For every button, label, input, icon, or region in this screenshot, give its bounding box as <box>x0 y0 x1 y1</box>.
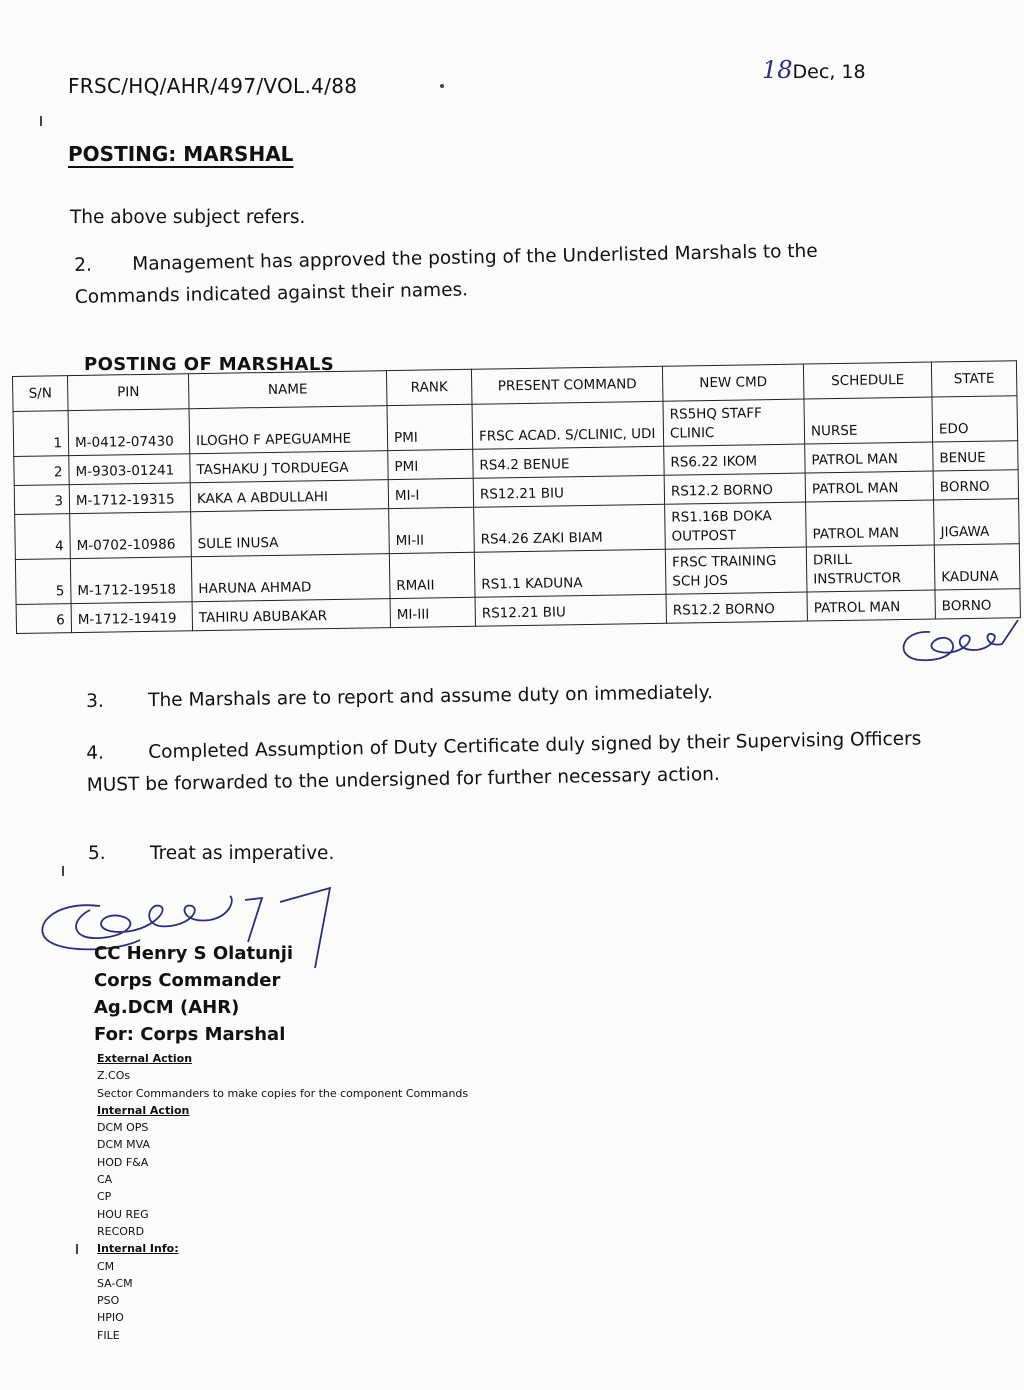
signatory-for: For: Corps Marshal <box>94 1021 293 1048</box>
list-item: CP <box>97 1188 468 1205</box>
cell-present-command: RS1.1 KADUNA <box>474 549 666 597</box>
cell-pin: M-0702-10986 <box>70 512 192 559</box>
date-month-year: Dec, 18 <box>793 61 866 83</box>
cell-name: KAKA A ABDULLAHI <box>190 480 388 512</box>
header-state: STATE <box>931 361 1017 397</box>
external-action-heading: External Action <box>97 1050 468 1067</box>
signatory-block: CC Henry S Olatunji Corps Commander Ag.D… <box>94 940 293 1048</box>
list-item: Z.COs <box>97 1067 468 1084</box>
signatory-office: Ag.DCM (AHR) <box>94 994 293 1021</box>
header-schedule: SCHEDULE <box>803 362 932 399</box>
cell-state: BENUE <box>933 441 1018 471</box>
list-item: HOU REG <box>97 1206 468 1223</box>
header-sn: S/N <box>13 376 69 412</box>
cell-rank: RMAII <box>389 552 475 598</box>
cell-name: TAHIRU ABUBAKAR <box>192 599 390 631</box>
cell-new-cmd: RS6.22 IKOM <box>664 444 805 475</box>
cell-sn: 2 <box>14 456 69 486</box>
scan-speck <box>40 116 42 126</box>
cell-sn: 6 <box>16 604 71 634</box>
cell-name: HARUNA AHMAD <box>191 554 390 602</box>
cell-state: EDO <box>932 396 1018 442</box>
signatory-name: CC Henry S Olatunji <box>94 940 293 967</box>
postings-table: S/N PIN NAME RANK PRESENT COMMAND NEW CM… <box>12 360 1021 634</box>
paragraph-3: 3.The Marshals are to report and assume … <box>86 677 713 718</box>
cell-schedule: PATROL MAN <box>805 471 933 502</box>
paragraph-4-number: 4. <box>86 737 149 770</box>
cell-present-command: RS4.26 ZAKI BIAM <box>474 504 666 552</box>
scan-speck <box>76 1244 78 1254</box>
cell-schedule: DRILL INSTRUCTOR <box>806 545 935 592</box>
cell-rank: MI-II <box>389 507 475 553</box>
cell-new-cmd: RS12.2 BORNO <box>664 473 805 504</box>
internal-info-heading: Internal Info: <box>97 1240 468 1257</box>
distribution-list: External Action Z.COs Sector Commanders … <box>97 1050 468 1344</box>
scan-speck <box>440 84 444 88</box>
cell-rank: MI-I <box>388 478 473 508</box>
paragraph-2-text: Management has approved the posting of t… <box>75 241 818 308</box>
list-item: HPIO <box>97 1309 468 1326</box>
paragraph-2-number: 2. <box>74 249 133 282</box>
header-rank: RANK <box>386 369 472 405</box>
header-new-cmd: NEW CMD <box>662 364 804 401</box>
paragraph-5-text: Treat as imperative. <box>150 843 334 864</box>
cell-pin: M-1712-19315 <box>69 483 190 514</box>
list-item: PSO <box>97 1292 468 1309</box>
cell-state: KADUNA <box>934 544 1020 590</box>
cell-rank: PMI <box>387 404 473 450</box>
document-date: 18Dec, 18 <box>762 56 866 84</box>
list-item: DCM OPS <box>97 1119 468 1136</box>
cell-name: TASHAKU J TORDUEGA <box>190 451 388 483</box>
cell-rank: PMI <box>388 449 473 479</box>
cell-present-command: RS4.2 BENUE <box>473 446 664 478</box>
cell-present-command: FRSC ACAD. S/CLINIC, UDI <box>472 401 664 449</box>
cell-schedule: PATROL MAN <box>805 442 933 473</box>
cell-name: ILOGHO F APEGUAMHE <box>189 406 388 454</box>
list-item: CM <box>97 1258 468 1275</box>
header-present-command: PRESENT COMMAND <box>471 366 663 404</box>
handwritten-day: 18 <box>762 56 793 84</box>
cell-state: JIGAWA <box>934 499 1020 545</box>
list-item: DCM MVA <box>97 1136 468 1153</box>
cell-new-cmd: RS1.16B DOKA OUTPOST <box>665 502 807 549</box>
paragraph-3-text: The Marshals are to report and assume du… <box>148 682 713 711</box>
subject-heading: POSTING: MARSHAL <box>68 142 293 166</box>
cell-rank: MI-III <box>390 597 475 627</box>
paragraph-1: The above subject refers. <box>70 202 305 234</box>
list-item: CA <box>97 1171 468 1188</box>
list-item: SA-CM <box>97 1275 468 1292</box>
initials-signature-icon <box>890 610 1024 670</box>
list-item: Sector Commanders to make copies for the… <box>97 1085 468 1102</box>
list-item: FILE <box>97 1327 468 1344</box>
cell-sn: 1 <box>13 411 69 457</box>
cell-pin: M-1712-19419 <box>71 602 192 633</box>
paragraph-4: 4.Completed Assumption of Duty Certifica… <box>86 723 927 802</box>
cell-new-cmd: RS5HQ STAFF CLINIC <box>663 399 805 446</box>
cell-schedule: NURSE <box>804 397 933 444</box>
cell-state: BORNO <box>933 470 1018 500</box>
cell-sn: 4 <box>15 514 71 560</box>
paragraph-5-number: 5. <box>88 838 150 870</box>
internal-action-heading: Internal Action <box>97 1102 468 1119</box>
paragraph-2: 2.Management has approved the posting of… <box>74 234 905 314</box>
cell-new-cmd: FRSC TRAINING SCH JOS <box>665 547 807 594</box>
scan-speck <box>62 866 64 876</box>
paragraph-3-number: 3. <box>86 685 148 718</box>
reference-number: FRSC/HQ/AHR/497/VOL.4/88 <box>68 74 357 98</box>
cell-pin: M-0412-07430 <box>68 409 190 456</box>
postings-table-container: S/N PIN NAME RANK PRESENT COMMAND NEW CM… <box>12 360 1021 634</box>
paragraph-4-text: Completed Assumption of Duty Certificate… <box>87 728 922 796</box>
cell-new-cmd: RS12.2 BORNO <box>666 592 807 623</box>
cell-present-command: RS12.21 BIU <box>475 594 666 626</box>
header-pin: PIN <box>68 374 190 411</box>
signatory-title: Corps Commander <box>94 967 293 994</box>
header-name: NAME <box>188 371 387 409</box>
list-item: HOD F&A <box>97 1154 468 1171</box>
cell-sn: 3 <box>14 485 69 515</box>
cell-pin: M-9303-01241 <box>69 454 190 485</box>
cell-pin: M-1712-19518 <box>70 557 192 604</box>
list-item: RECORD <box>97 1223 468 1240</box>
cell-sn: 5 <box>15 559 71 605</box>
cell-present-command: RS12.21 BIU <box>473 475 664 507</box>
paragraph-5: 5.Treat as imperative. <box>88 838 334 870</box>
cell-schedule: PATROL MAN <box>806 500 935 547</box>
cell-name: SULE INUSA <box>191 509 390 557</box>
